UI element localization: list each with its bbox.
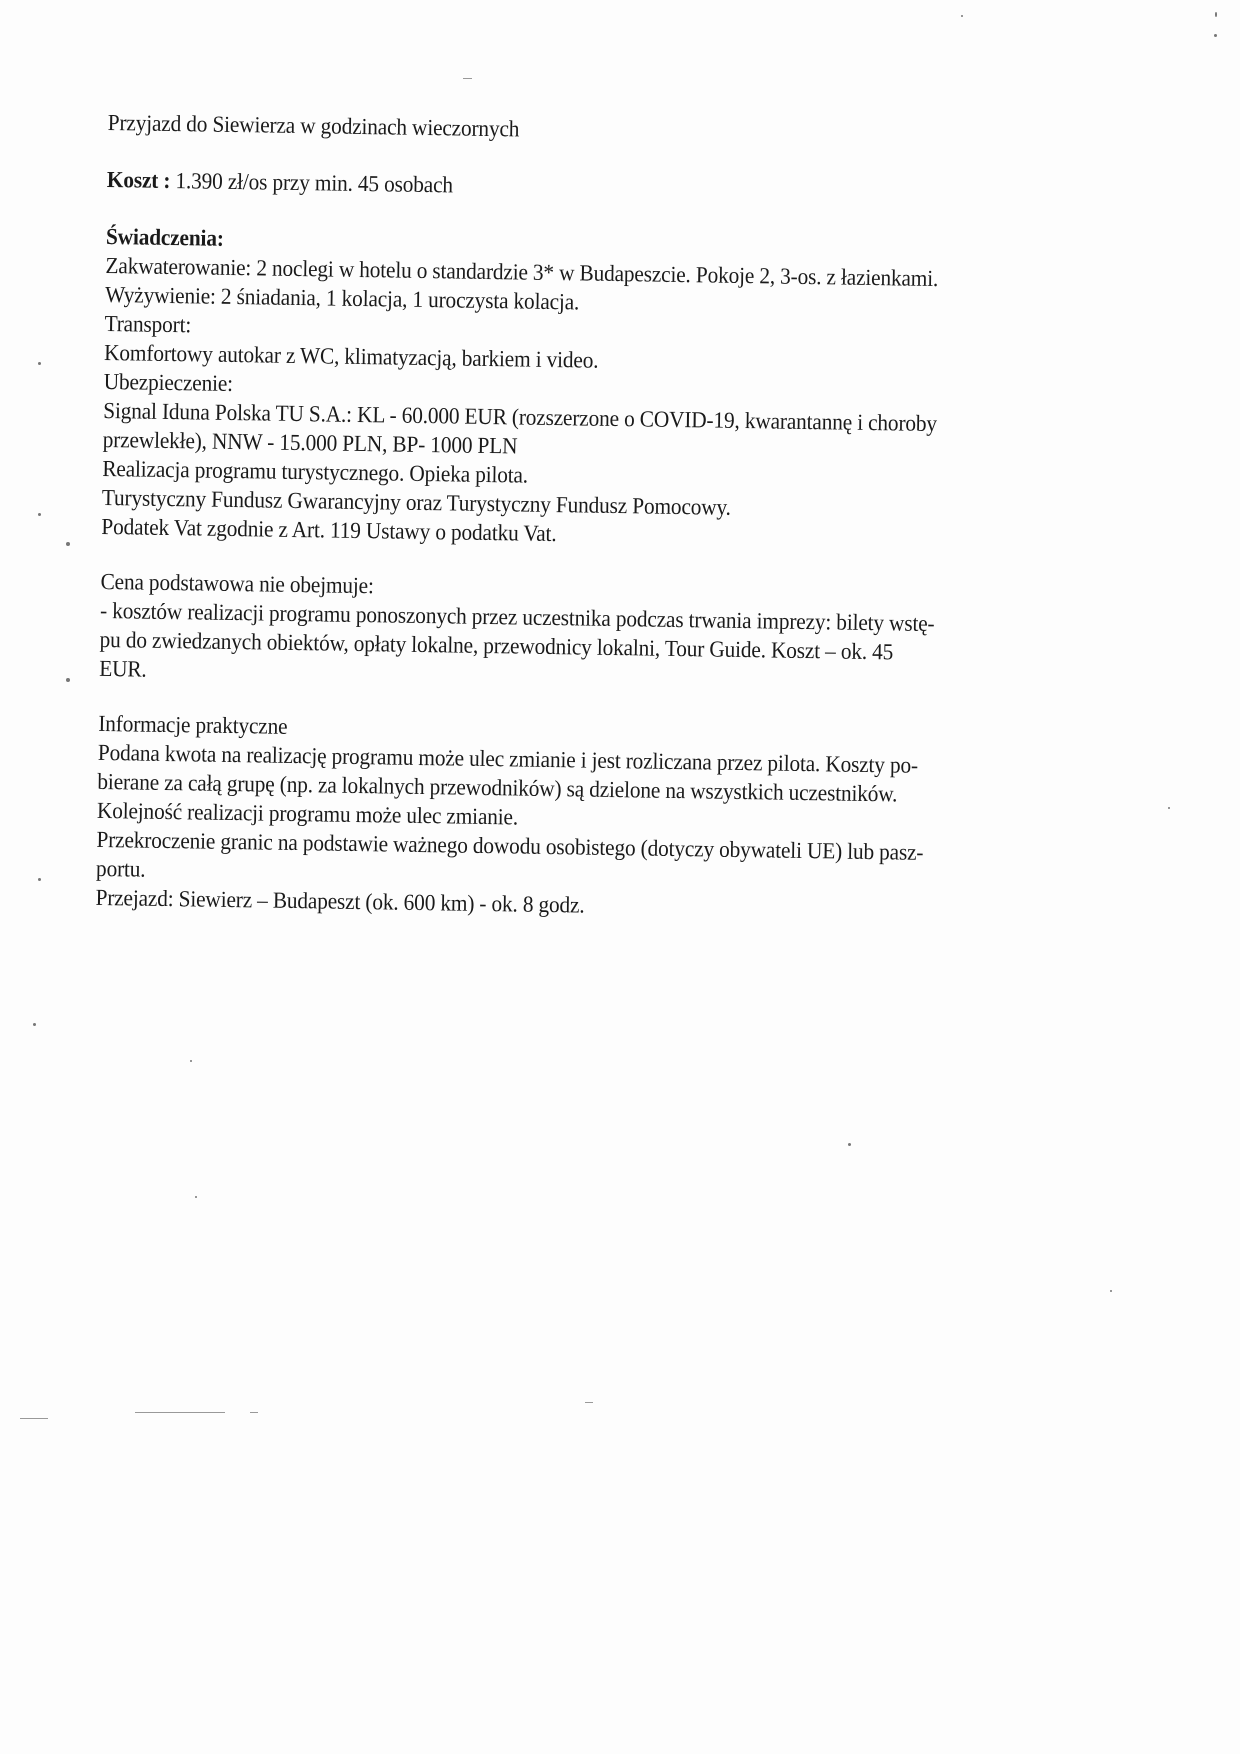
- scan-artifact: [961, 15, 963, 17]
- scan-artifact: [20, 1418, 48, 1419]
- scan-artifact: [66, 542, 70, 546]
- scan-artifact: [38, 362, 41, 365]
- scan-artifact: [66, 678, 70, 682]
- scan-artifact: [1215, 12, 1217, 17]
- scan-artifact: [38, 513, 41, 516]
- scan-artifact: [195, 1196, 197, 1198]
- scan-artifact: [463, 78, 472, 79]
- scan-artifact: [848, 1143, 851, 1146]
- cost-label: Koszt :: [107, 167, 171, 193]
- practical-info-section: Informacje praktyczne Podana kwota na re…: [95, 709, 1037, 927]
- scanned-page: Przyjazd do Siewierza w godzinach wieczo…: [0, 0, 1240, 1754]
- scan-artifact: [135, 1412, 225, 1413]
- scan-artifact: [250, 1412, 258, 1413]
- document-body: Przyjazd do Siewierza w godzinach wieczo…: [95, 108, 1047, 927]
- scan-artifact: [33, 1023, 36, 1026]
- benefits-section: Świadczenia: Zakwaterowanie: 2 noclegi w…: [101, 222, 1045, 556]
- scan-artifact: [1110, 1290, 1112, 1292]
- cost-value: 1.390 zł/os przy min. 45 osobach: [175, 168, 453, 197]
- scan-artifact: [585, 1402, 593, 1403]
- exclusions-section: Cena podstawowa nie obejmuje: - kosztów …: [99, 567, 1040, 698]
- scan-artifact: [38, 878, 41, 881]
- scan-artifact: [190, 1060, 192, 1062]
- scan-artifact: [1168, 807, 1170, 809]
- scan-artifact: [1214, 34, 1217, 37]
